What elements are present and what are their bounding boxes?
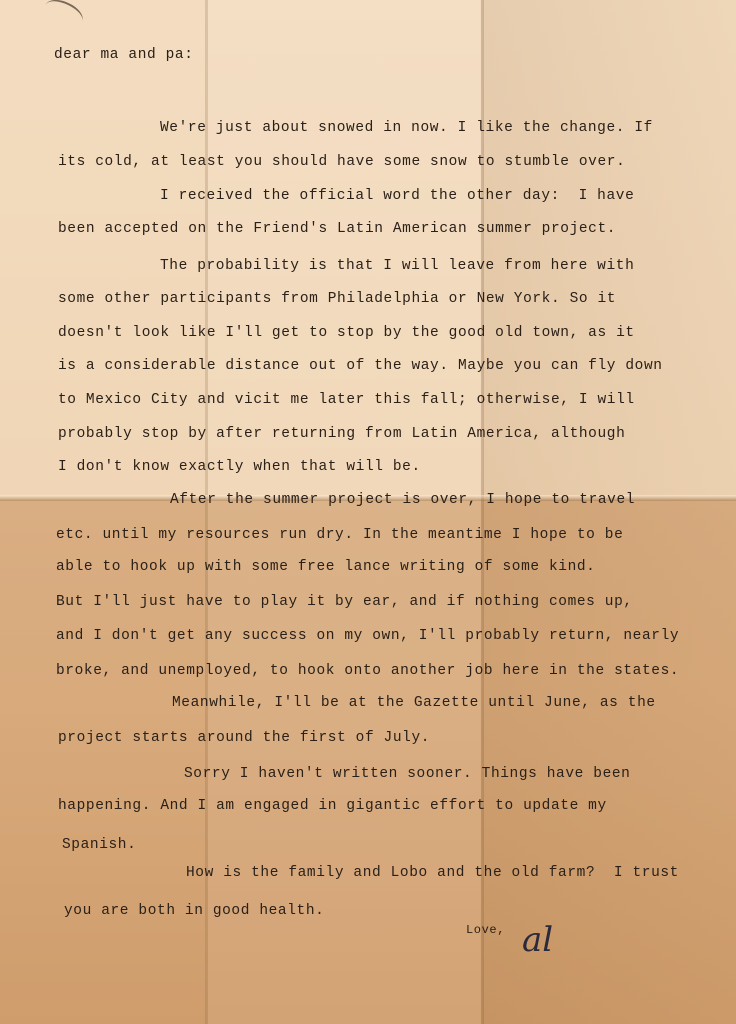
- letter-line: and I don't get any success on my own, I…: [56, 628, 679, 644]
- letter-line: is a considerable distance out of the wa…: [58, 358, 663, 374]
- letter-line: I don't know exactly when that will be.: [58, 459, 421, 475]
- letter-line: its cold, at least you should have some …: [58, 154, 625, 170]
- letter-line: you are both in good health.: [64, 903, 324, 919]
- letter-line: But I'll just have to play it by ear, an…: [56, 594, 633, 610]
- handwritten-signature: al: [522, 920, 553, 960]
- letter-line: We're just about snowed in now. I like t…: [160, 120, 653, 136]
- letter-line: probably stop by after returning from La…: [58, 426, 625, 442]
- letter-line: I received the official word the other d…: [160, 188, 634, 204]
- letter-line: Spanish.: [62, 837, 136, 853]
- letter-line: Meanwhile, I'll be at the Gazette until …: [172, 695, 656, 711]
- letter-line: project starts around the first of July.: [58, 730, 430, 746]
- closing: Love,: [466, 923, 505, 937]
- letter-line: able to hook up with some free lance wri…: [56, 559, 595, 575]
- letter-line: How is the family and Lobo and the old f…: [186, 865, 679, 881]
- letter-line: been accepted on the Friend's Latin Amer…: [58, 221, 616, 237]
- letter-line: happening. And I am engaged in gigantic …: [58, 798, 607, 814]
- salutation: dear ma and pa:: [54, 47, 194, 63]
- letter-line: The probability is that I will leave fro…: [160, 258, 634, 274]
- letter-line: to Mexico City and vicit me later this f…: [58, 392, 635, 408]
- letter-line: broke, and unemployed, to hook onto anot…: [56, 663, 679, 679]
- letter-line: doesn't look like I'll get to stop by th…: [58, 325, 635, 341]
- letter-line: some other participants from Philadelphi…: [58, 291, 616, 307]
- letter-line: Sorry I haven't written sooner. Things h…: [184, 766, 630, 782]
- letter-line: After the summer project is over, I hope…: [170, 492, 635, 508]
- letter-line: etc. until my resources run dry. In the …: [56, 527, 623, 543]
